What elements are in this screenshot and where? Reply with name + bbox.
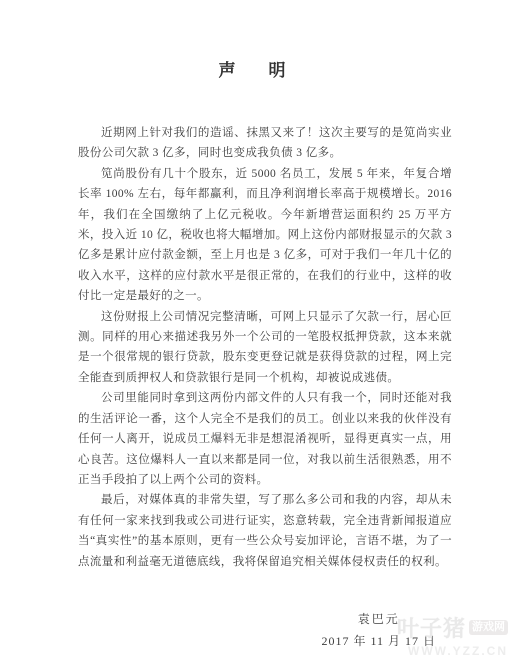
watermark-brand-row: 叶子猪 游戏网: [397, 612, 508, 643]
watermark-url: WWW.YZZ.CN: [397, 644, 508, 658]
paragraph-company-finances: 笕尚股份有几十个股东，近 5000 名员工，发展 5 年来，年复合增长率 100…: [78, 164, 452, 307]
document-body: 近期网上针对我们的造谣、抹黑又来了！这次主要写的是笕尚实业股份公司欠款 3 亿多…: [78, 123, 452, 572]
paragraph-intro: 近期网上针对我们的造谣、抹黑又来了！这次主要写的是笕尚实业股份公司欠款 3 亿多…: [78, 123, 452, 164]
watermark-logo: 叶子猪 游戏网 WWW.YZZ.CN: [397, 612, 508, 658]
statement-document: 声 明 近期网上针对我们的造谣、抹黑又来了！这次主要写的是笕尚实业股份公司欠款 …: [0, 0, 512, 662]
watermark-badge: 游戏网: [469, 620, 508, 635]
paragraph-loan-explanation: 这份财报上公司情况完整清晰，可网上只显示了欠款一行，居心叵测。同样的用心来描述我…: [78, 307, 452, 389]
paragraph-media-criticism: 最后，对媒体真的非常失望，写了那么多公司和我的内容，却从未有任何一家来找到我或公…: [78, 490, 452, 572]
page-title: 声 明: [0, 0, 512, 81]
paragraph-leaker: 公司里能同时拿到这两份内部文件的人只有我一个，同时还能对我的生活评论一番，这个人…: [78, 388, 452, 490]
watermark-brand-text: 叶子猪: [397, 612, 466, 643]
